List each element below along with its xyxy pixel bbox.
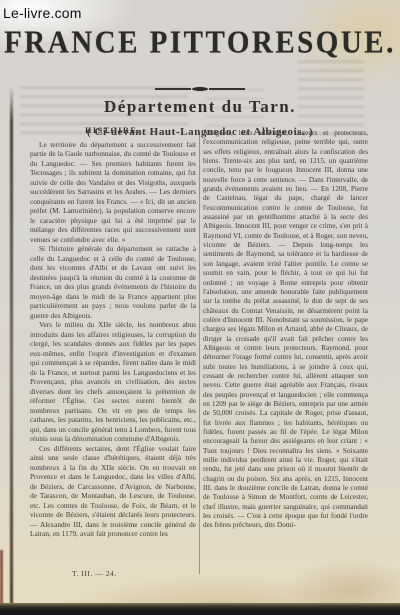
scan-bottom-edge [0,603,400,615]
ornament-knot [192,87,208,91]
body-paragraph: Vers le milieu du XIIe siècle, les nombr… [30,320,196,444]
body-paragraph: Si l'histoire générale du département se… [30,244,196,320]
body-paragraph: Le territoire du département a successiv… [30,140,196,245]
ornament-bar [155,88,191,90]
ornament-bar [209,88,245,90]
scanned-book-page: { "watermark": "Le-livre.com", "masthead… [0,0,400,615]
department-title: Département du Tarn. [0,97,400,117]
masthead-title: FRANCE PITTORESQUE. [0,26,400,62]
book-gutter-shadow [10,86,13,605]
column-divider-rule [199,132,200,574]
body-paragraph: Albigeois, leurs adhérents, fauteurs et … [203,129,368,531]
body-paragraph: Ces différents sectaires, dont l'Église … [30,444,196,539]
right-column: Albigeois, leurs adhérents, fauteurs et … [203,129,368,531]
section-heading-histoire: HISTOIRE. [30,126,196,136]
volume-page-signature: T. III. — 24. [72,569,117,578]
ornament-divider [155,86,245,92]
watermark-le-livre: Le-livre.com [3,5,82,21]
left-column: HISTOIRE. Le territoire du département a… [30,126,196,539]
